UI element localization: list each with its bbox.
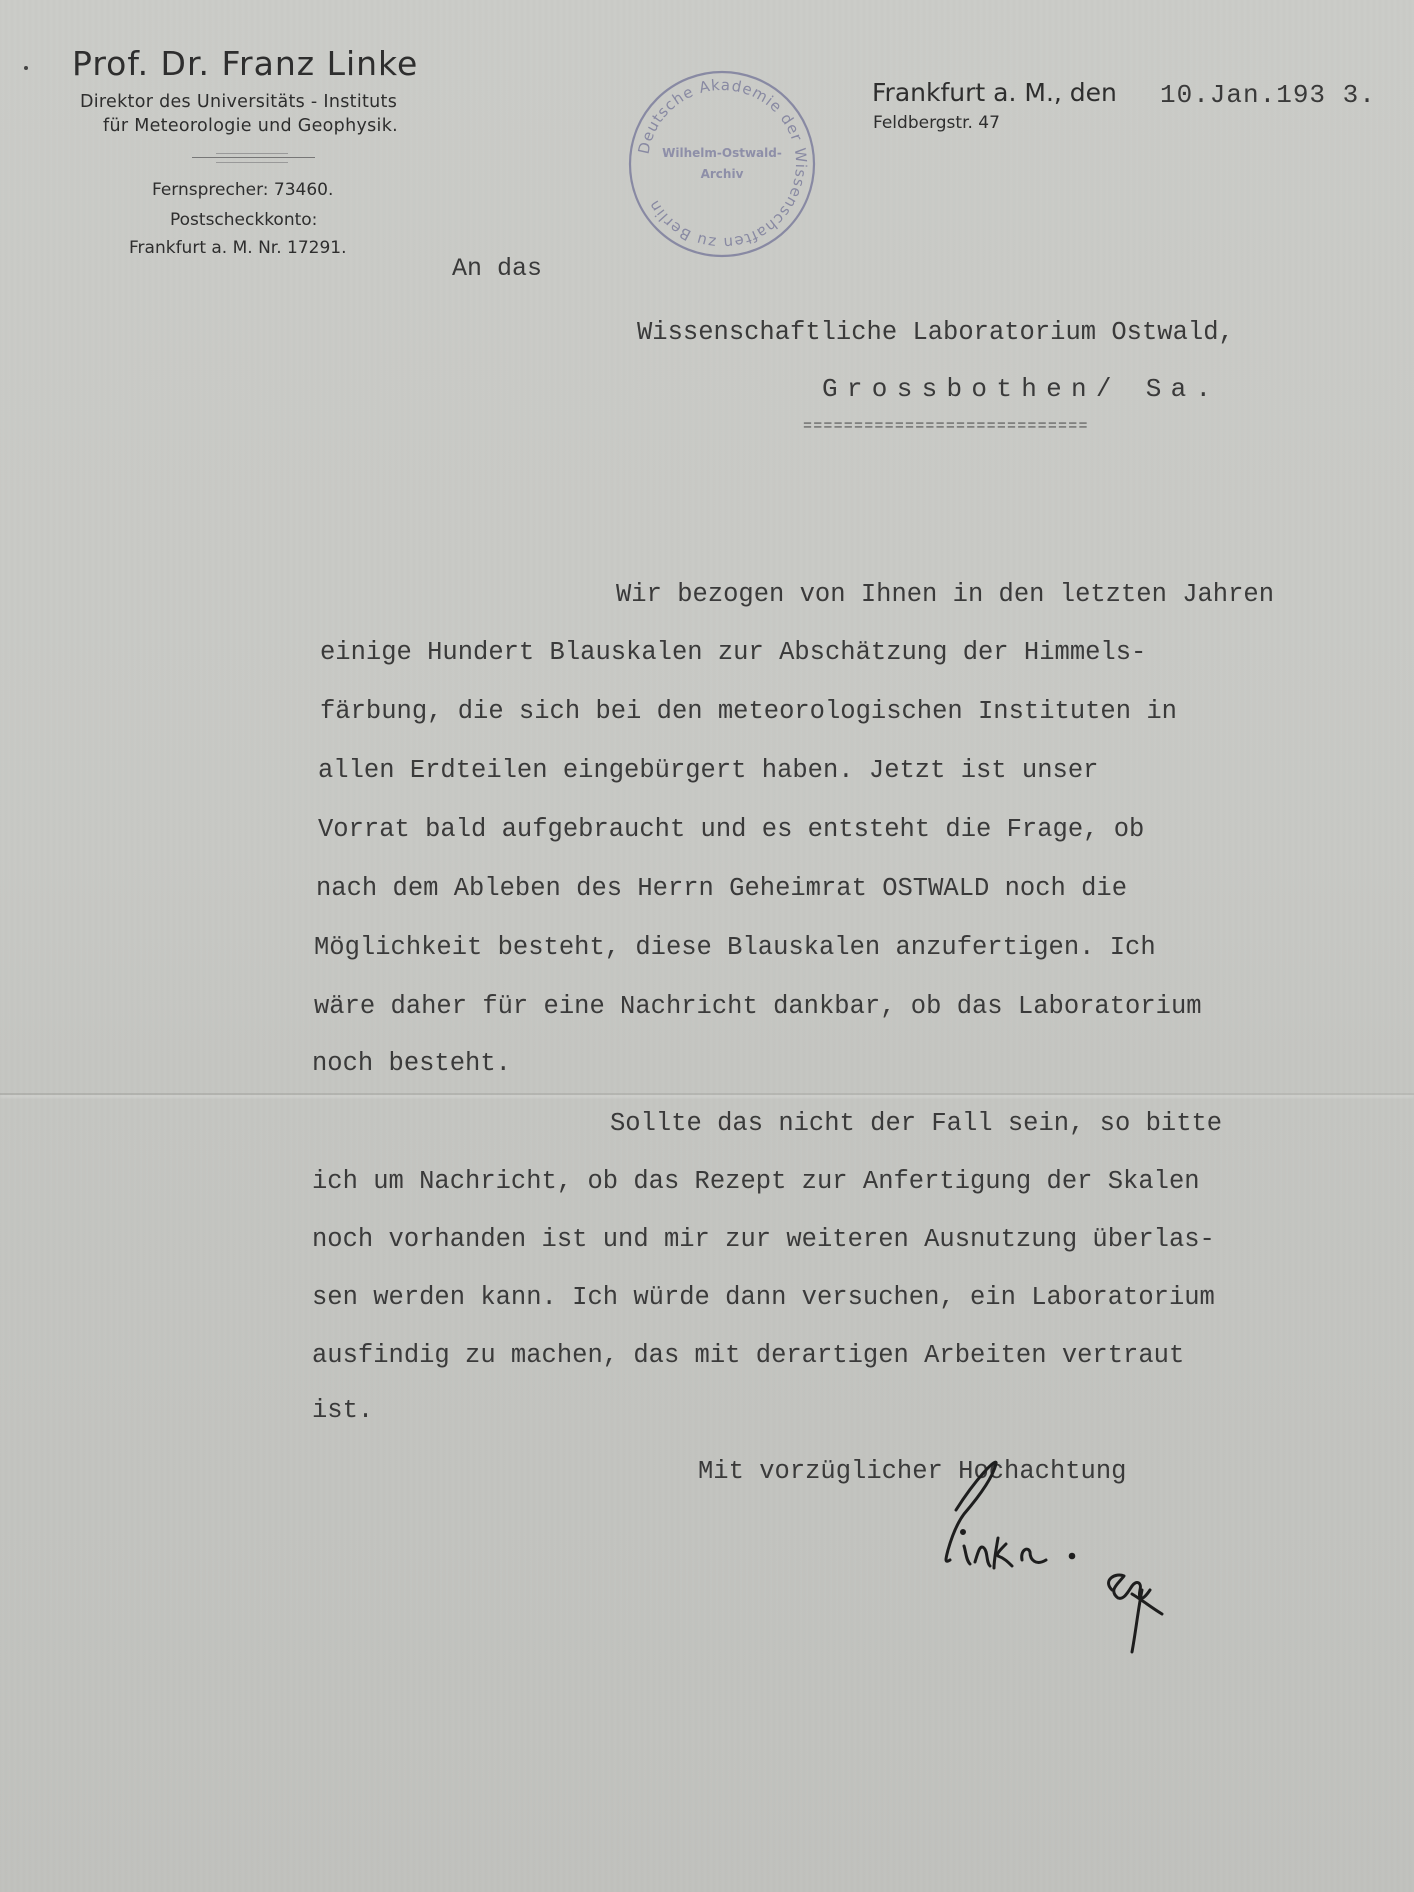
letterhead-postal-account: Frankfurt a. M. Nr. 17291. — [129, 238, 347, 258]
body-line: einige Hundert Blauskalen zur Abschätzun… — [320, 638, 1146, 667]
letterhead-name: Prof. Dr. Franz Linke — [72, 44, 418, 83]
ink-dot — [24, 66, 28, 70]
address-recipient: Wissenschaftliche Laboratorium Ostwald, — [637, 318, 1234, 347]
body-line: ist. — [312, 1396, 373, 1425]
dateline-date: 10.Jan.193 3. — [1160, 80, 1376, 110]
letterhead-title-line1: Direktor des Universitäts - Instituts — [80, 92, 397, 112]
signature-icon — [880, 1440, 1220, 1680]
paper-fold-line — [0, 1093, 1414, 1095]
address-city: Grossbothen/ Sa. — [822, 374, 1220, 404]
letterhead-title-line2: für Meteorologie und Geophysik. — [103, 116, 398, 136]
address-prefix: An das — [452, 254, 542, 283]
body-line: Wir bezogen von Ihnen in den letzten Jah… — [616, 580, 1274, 609]
letterhead-phone: Fernsprecher: 73460. — [152, 180, 333, 200]
stamp-ring-text: Deutsche Akademie der Wissenschaften zu … — [635, 76, 811, 252]
letterhead-divider-upper — [216, 153, 288, 154]
stamp-center-line2: Archiv — [626, 167, 818, 181]
body-line: Sollte das nicht der Fall sein, so bitte — [610, 1109, 1222, 1138]
body-line: sen werden kann. Ich würde dann versuche… — [312, 1283, 1215, 1312]
body-line: noch besteht. — [312, 1049, 511, 1078]
dateline-street: Feldbergstr. 47 — [873, 113, 1000, 133]
body-line: nach dem Ableben des Herrn Geheimrat OST… — [316, 874, 1127, 903]
body-line: färbung, die sich bei den meteorologisch… — [320, 697, 1177, 726]
body-line: wäre daher für eine Nachricht dankbar, o… — [314, 992, 1202, 1021]
body-line: ausfindig zu machen, das mit derartigen … — [312, 1341, 1184, 1370]
letterhead-postal-account-label: Postscheckkonto: — [170, 210, 317, 230]
letterhead-divider-lower — [216, 162, 288, 163]
dateline-place: Frankfurt a. M., den — [872, 78, 1117, 107]
body-line: Vorrat bald aufgebraucht und es entsteht… — [318, 815, 1144, 844]
body-line: ich um Nachricht, ob das Rezept zur Anfe… — [312, 1167, 1200, 1196]
svg-text:Deutsche Akademie der Wissensc: Deutsche Akademie der Wissenschaften zu … — [635, 76, 811, 252]
stamp-ring-icon: Deutsche Akademie der Wissenschaften zu … — [626, 68, 818, 260]
body-line: noch vorhanden ist und mir zur weiteren … — [312, 1225, 1215, 1254]
stamp-center-line1: Wilhelm-Ostwald- — [626, 146, 818, 160]
address-underline: ============================ — [803, 418, 1089, 435]
archive-stamp: Deutsche Akademie der Wissenschaften zu … — [626, 68, 818, 260]
letterhead-divider — [192, 157, 315, 158]
body-line: Möglichkeit besteht, diese Blauskalen an… — [314, 933, 1156, 962]
body-line: allen Erdteilen eingebürgert haben. Jetz… — [318, 756, 1098, 785]
